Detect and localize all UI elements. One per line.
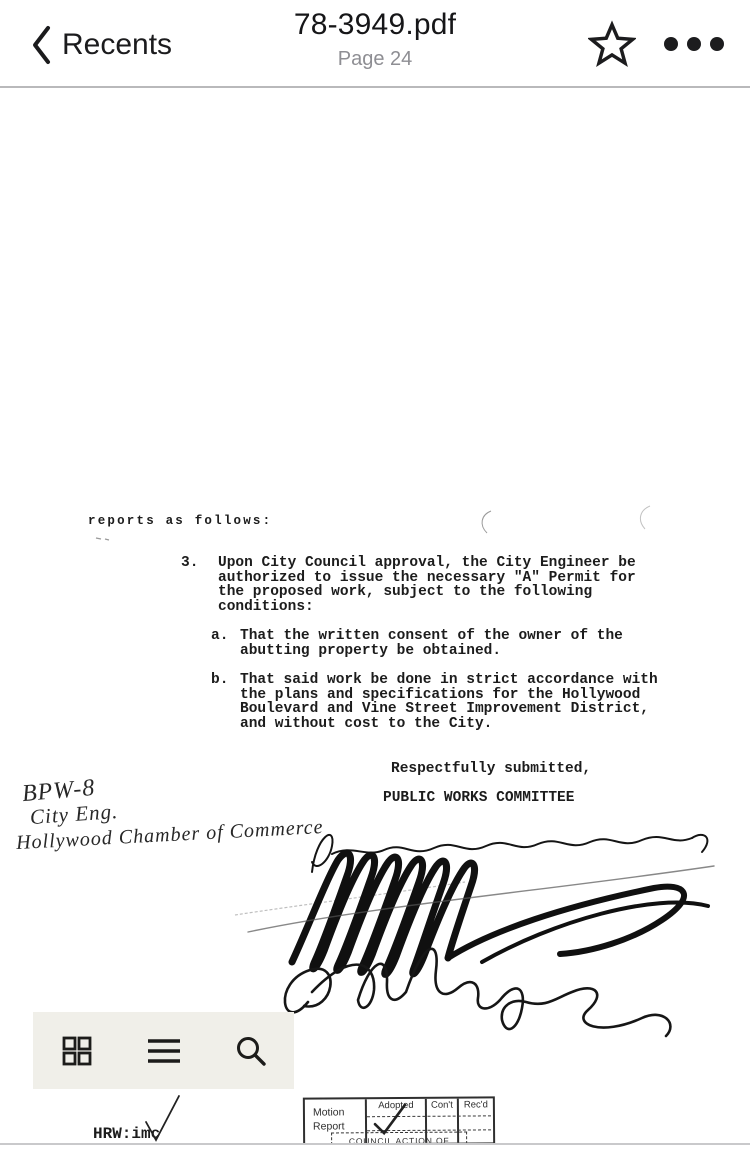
- ellipsis-icon: [662, 34, 726, 54]
- motion-report-table: Adopted Con't Rec'd Motion Report COUNCI…: [303, 1096, 495, 1144]
- page-indicator: Page 24: [294, 48, 456, 71]
- signature-block: [230, 810, 750, 1055]
- document-title-group: 78-3949.pdf Page 24: [294, 8, 456, 71]
- more-options-button[interactable]: [662, 34, 726, 54]
- search-button[interactable]: [221, 1021, 281, 1081]
- back-button[interactable]: Recents: [30, 20, 172, 70]
- page-boundary-divider: [0, 1143, 750, 1145]
- handwritten-note-city-eng: City Eng.: [29, 799, 119, 830]
- outline-list-icon: [147, 1037, 181, 1065]
- reports-line: reports as follows:: [88, 514, 272, 529]
- pdf-viewer-screen: Recents 78-3949.pdf Page 24: [0, 0, 750, 1157]
- row-label-motion: Motion: [313, 1106, 345, 1118]
- item-a-label: a.: [211, 629, 228, 644]
- signature-scrawl-1: [312, 835, 707, 872]
- navigation-bar: Recents 78-3949.pdf Page 24: [0, 0, 750, 88]
- item-b-text: That said work be done in strict accorda…: [240, 673, 658, 732]
- item-b-label: b.: [211, 673, 228, 688]
- bottom-toolbar: [33, 1012, 294, 1089]
- chevron-left-icon: [30, 23, 52, 67]
- signature-scrawl-2: [248, 853, 714, 974]
- public-works-committee-line: PUBLIC WORKS COMMITTEE: [383, 791, 574, 806]
- row-label-report: Report: [313, 1120, 345, 1132]
- respectfully-submitted-line: Respectfully submitted,: [391, 762, 591, 777]
- thumbnail-grid-button[interactable]: [47, 1021, 107, 1081]
- item-a-text: That the written consent of the owner of…: [240, 629, 623, 658]
- column-header-recd: Rec'd: [459, 1099, 493, 1110]
- favorite-button[interactable]: [588, 20, 636, 68]
- item3-label: 3.: [181, 556, 198, 571]
- item3-text: Upon City Council approval, the City Eng…: [218, 556, 636, 615]
- outline-list-button[interactable]: [134, 1021, 194, 1081]
- typist-initials: HRW:imc: [93, 1127, 160, 1142]
- document-title: 78-3949.pdf: [294, 8, 456, 42]
- pencil-marks: [0, 90, 750, 1144]
- search-icon: [235, 1035, 267, 1067]
- signature-scrawl-3: [285, 949, 670, 1036]
- star-outline-icon: [588, 20, 636, 68]
- thumbnail-grid-icon: [62, 1036, 92, 1066]
- column-header-cont: Con't: [427, 1100, 457, 1111]
- pdf-page-canvas[interactable]: reports as follows: 3. Upon City Council…: [0, 90, 750, 1144]
- back-button-label: Recents: [62, 28, 172, 62]
- navbar-actions: [588, 0, 726, 88]
